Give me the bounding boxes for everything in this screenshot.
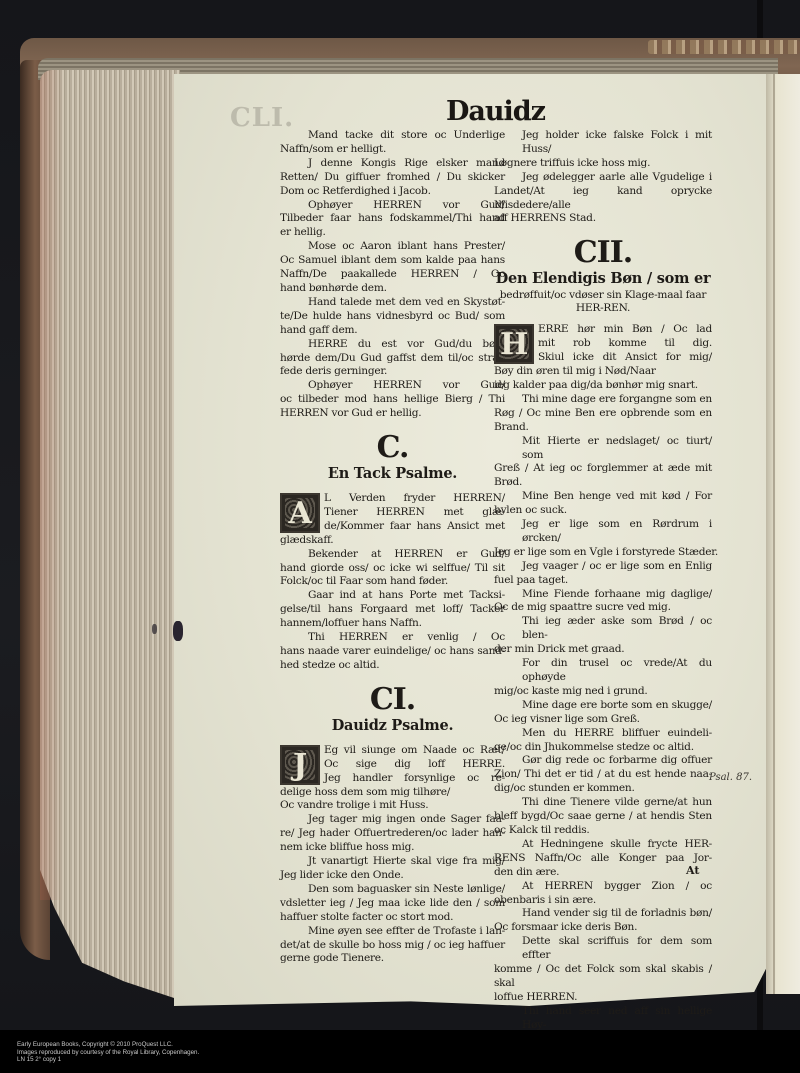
text-line: Løgnere triffuis icke hoss mig. [494, 157, 712, 171]
psalm-101-number: CI. [280, 685, 505, 715]
decorated-initial-icon: J [280, 745, 320, 785]
verse-paragraph: Gør dig rede oc forbarme dig offuerZion/… [494, 754, 712, 796]
text-line: Oc Samuel iblant dem som kalde paa hans [280, 254, 505, 268]
text-line: Ophøyer HERREN vor Gud/ [280, 379, 505, 393]
verse-paragraph: Thi mine dage ere forgangne som enRøg / … [494, 393, 712, 435]
text-line: HERREN vor Gud er hellig. [280, 407, 505, 421]
ink-stain [173, 621, 183, 641]
text-line: Greß / At ieg oc forglemmer at æde mit [494, 462, 712, 476]
text-line: RENS Naffn/Oc alle Konger paa Jor- [494, 852, 712, 866]
footer-courtesy: Images reproduced by courtesy of the Roy… [0, 1049, 800, 1057]
verse-paragraph: Thi ieg æder aske som Brød / oc blen-der… [494, 615, 712, 657]
text-line: den din ære. [494, 866, 712, 880]
psalm-102-subtitle: bedrøffuit/oc vdøser sin Klage-maal faar… [494, 289, 712, 315]
text-line: Hand talede met dem ved en Skystøt- [280, 296, 505, 310]
left-column: Mand tacke dit store oc UnderligeNaffn/s… [280, 129, 505, 966]
text-line: gerne gode Tienere. [280, 952, 505, 966]
verse-paragraph: Mit Hierte er nedslaget/ oc tiurt/ somGr… [494, 435, 712, 491]
psalm-102-number: CII. [494, 238, 712, 268]
text-line: hannem/loffuer hans Naffn. [280, 617, 505, 631]
text-line: hans naade varer euindelige/ oc hans san… [280, 645, 505, 659]
verse-paragraph: Jeg ødelegger aarle alle Vgudelige iLand… [494, 171, 712, 227]
text-line: Gør dig rede oc forbarme dig offuer [494, 754, 712, 768]
verse-paragraph: HERRE du est vor Gud/du bøn-hørde dem/Du… [280, 338, 505, 380]
verse-paragraph: Dette skal scriffuis for dem som effterk… [494, 935, 712, 1005]
decorated-initial-icon: H [494, 324, 534, 364]
text-line: Dom oc Retferdighed i Jacob. [280, 185, 505, 199]
verse-paragraph: Jeg tager mig ingen onde Sager faa-re/ J… [280, 813, 505, 855]
verse-paragraph: Men du HERRE bliffuer euindeli-ge/oc din… [494, 727, 712, 755]
text-line: Mose oc Aaron iblant hans Prester/ [280, 240, 505, 254]
psalm-102-opening: H ERRE hør min Bøn / Oc ladmit rob komme… [494, 323, 712, 379]
text-line: vdsletter ieg / Jeg maa icke lide den / … [280, 897, 505, 911]
text-line: REN. [603, 302, 630, 314]
text-line: Oc vandre trolige i mit Huss. [280, 799, 505, 813]
right-continuation: Jeg holder icke falske Folck i mit Huss/… [494, 129, 712, 226]
verse-paragraph: Bekender at HERREN er Gud/hand giorde os… [280, 548, 505, 590]
text-line: Jeg tager mig ingen onde Sager faa- [280, 813, 505, 827]
psalm-101-verses: Oc vandre trolige i mit Huss.Jeg tager m… [280, 799, 505, 966]
verse-paragraph: Jt vanartigt Hierte skal vige fra mig/Je… [280, 855, 505, 883]
psalm-100-verses: Bekender at HERREN er Gud/hand giorde os… [280, 548, 505, 673]
text-line: HERRE du est vor Gud/du bøn- [280, 338, 505, 352]
text-line: oc tilbeder mod hans hellige Bierg / Thi [280, 393, 505, 407]
text-line: hed stedze oc altid. [280, 659, 505, 673]
text-line: Brød. [494, 476, 712, 490]
text-line: re/ Jeg hader Offuertrederen/oc lader ha… [280, 827, 505, 841]
text-line: For din trusel oc vrede/At du ophøyde [494, 657, 712, 685]
text-line: Mine Ben henge ved mit kød / For [494, 490, 712, 504]
text-line: Men du HERRE bliffuer euindeli- [494, 727, 712, 741]
verse-paragraph: Hand talede met dem ved en Skystøt-te/De… [280, 296, 505, 338]
text-line: Retten/ Du giffuer fromhed / Du skicker [280, 171, 505, 185]
text-line: Bekender at HERREN er Gud/ [280, 548, 505, 562]
facing-page-gutter [766, 74, 800, 994]
verse-paragraph: J denne Kongis Rige elsker mandRetten/ D… [280, 157, 505, 199]
verse-paragraph: At Hedningene skulle frycte HER-RENS Naf… [494, 838, 712, 880]
text-line: Zion/ Thi det er tid / at du est hende n… [494, 768, 712, 782]
text-line: Landet/At ieg kand oprycke Misdedere/all… [494, 185, 712, 213]
text-line: Gaar ind at hans Porte met Tacksi- [280, 589, 505, 603]
psalm-100-number: C. [280, 433, 505, 463]
psalm-102-title: Den Elendigis Bøn / som er [494, 270, 712, 288]
text-line: hørde dem/Du Gud gaffst dem til/oc straf… [280, 352, 505, 366]
footer-copyright: Early European Books, Copyright © 2010 P… [0, 1041, 800, 1049]
verse-paragraph: For din trusel oc vrede/At du ophøydemig… [494, 657, 712, 699]
text-line: Oc ieg visner lige som Greß. [494, 713, 712, 727]
text-line: Jeg lider icke den Onde. [280, 869, 505, 883]
text-line: ieg kalder paa dig/da bønhør mig snart. [494, 379, 712, 393]
verse-paragraph: Jeg er lige som en Rørdrum i ørcken/Jeg … [494, 518, 712, 560]
text-line: hand gaff dem. [280, 324, 505, 338]
footer-shelfmark: LN 15 2° copy 1 [0, 1056, 800, 1064]
text-line: At Hedningene skulle frycte HER- [494, 838, 712, 852]
psalm-100-title: En Tack Psalme. [280, 465, 505, 483]
text-line: bleff bygd/Oc saae gerne / at hendis Ste… [494, 810, 712, 824]
verse-paragraph: Oc vandre trolige i mit Huss. [280, 799, 505, 813]
copyright-footer: Early European Books, Copyright © 2010 P… [0, 1030, 800, 1073]
text-line: nem icke bliffue hoss mig. [280, 841, 505, 855]
text-line: fuel paa taget. [494, 574, 712, 588]
text-line: Thi hand seer ned aff sin hellige Høy- [494, 1005, 712, 1033]
text-line: Dette skal scriffuis for dem som effter [494, 935, 712, 963]
text-line: fede deris gerninger. [280, 365, 505, 379]
text-line: Jeg holder icke falske Folck i mit Huss/ [494, 129, 712, 157]
text-line: det/at de skulle bo hoss mig / oc ieg ha… [280, 939, 505, 953]
text-line: Ophøyer HERREN vor Gud/ [280, 199, 505, 213]
text-line: Mine Fiende forhaane mig daglige/ [494, 588, 712, 602]
text-line: Jeg er lige som en Vgle i forstyrede Stæ… [494, 546, 712, 560]
verse-paragraph: Den som baguasker sin Neste lønlige/vdsl… [280, 883, 505, 925]
verse-paragraph: Mine øyen see effter de Trofaste i lan-d… [280, 925, 505, 967]
text-line: Thi HERREN er venlig / Oc [280, 631, 505, 645]
cover-ornament [648, 40, 800, 54]
psalm-100-opening: A L Verden fryder HERREN/Tiener HERREN m… [280, 492, 505, 548]
verse-paragraph: Thi HERREN er venlig / Ochans naade vare… [280, 631, 505, 673]
text-line: delige hoss dem som mig tilhøre/ [280, 786, 505, 800]
verse-paragraph: ieg kalder paa dig/da bønhør mig snart. [494, 379, 712, 393]
text-line: Mand tacke dit store oc Underlige [280, 129, 505, 143]
text-line: Brand. [494, 421, 712, 435]
psalm-101-opening: J Eg vil siunge om Naade oc Ræt/Oc sige … [280, 744, 505, 800]
text-line: Thi dine Tienere vilde gerne/at hun [494, 796, 712, 810]
text-line: ge/oc din Jhukommelse stedze oc altid. [494, 741, 712, 755]
verse-paragraph: At HERREN bygger Zion / ocobenbaris i si… [494, 880, 712, 908]
text-line: komme / Oc det Folck som skal skabis / s… [494, 963, 712, 991]
text-line: Tilbeder faar hans fodskammel/Thi hand [280, 212, 505, 226]
text-line: Jt vanartigt Hierte skal vige fra mig/ [280, 855, 505, 869]
text-line: Jeg vaager / oc er lige som en Enlig [494, 560, 712, 574]
text-line: bedrøffuit/oc vdøser sin Klage- [500, 289, 658, 301]
text-line: hand giorde oss/ oc icke wi selffue/ Til… [280, 562, 505, 576]
verse-paragraph: Mine Ben henge ved mit kød / Forhylen oc… [494, 490, 712, 518]
text-line: aff HERRENS Stad. [494, 212, 712, 226]
text-line: Naffn/som er helligt. [280, 143, 505, 157]
ink-stain-small [152, 624, 157, 634]
gutter-line [773, 74, 775, 994]
psalm-101-title: Dauidz Psalme. [280, 717, 505, 735]
decorated-initial-icon: A [280, 493, 320, 533]
text-line: Den som baguasker sin Neste lønlige/ [280, 883, 505, 897]
text-line: haffuer stolte facter oc stort mod. [280, 911, 505, 925]
verse-paragraph: Jeg holder icke falske Folck i mit Huss/… [494, 129, 712, 171]
text-line: Thi ieg æder aske som Brød / oc blen- [494, 615, 712, 643]
text-line: hand bønhørde dem. [280, 282, 505, 296]
verse-paragraph: Mine Fiende forhaane mig daglige/Oc de m… [494, 588, 712, 616]
page-edge-shade [40, 70, 64, 900]
verse-paragraph: Jeg vaager / oc er lige som en Enligfuel… [494, 560, 712, 588]
text-line: te/De hulde hans vidnesbyrd oc Bud/ som [280, 310, 505, 324]
text-line: mig/oc kaste mig ned i grund. [494, 685, 712, 699]
verse-paragraph: Ophøyer HERREN vor Gud/oc tilbeder mod h… [280, 379, 505, 421]
text-line: Mine dage ere borte som en skugge/ [494, 699, 712, 713]
text-line: obenbaris i sin ære. [494, 894, 712, 908]
verse-paragraph: Gaar ind at hans Porte met Tacksi-gelse/… [280, 589, 505, 631]
text-line: hylen oc suck. [494, 504, 712, 518]
verse-paragraph: Thi dine Tienere vilde gerne/at hunbleff… [494, 796, 712, 838]
verse-paragraph: Ophøyer HERREN vor Gud/Tilbeder faar han… [280, 199, 505, 241]
verse-paragraph: Mand tacke dit store oc UnderligeNaffn/s… [280, 129, 505, 157]
text-line: oc Kalck til reddis. [494, 824, 712, 838]
text-line: Mine øyen see effter de Trofaste i lan- [280, 925, 505, 939]
verse-paragraph: Hand vender sig til de forladnis bøn/Oc … [494, 907, 712, 935]
text-line: Bøy din øren til mig i Nød/Naar [494, 365, 712, 379]
psalm-102-verses: ieg kalder paa dig/da bønhør mig snart.T… [494, 379, 712, 1060]
text-line: er hellig. [280, 226, 505, 240]
text-line: der min Drick met graad. [494, 643, 712, 657]
text-line: Oc de mig spaattre sucre ved mig. [494, 601, 712, 615]
right-column: Jeg holder icke falske Folck i mit Huss/… [494, 129, 712, 1060]
text-line: Mit Hierte er nedslaget/ oc tiurt/ som [494, 435, 712, 463]
text-line: Jeg er lige som en Rørdrum i ørcken/ [494, 518, 712, 546]
text-line: J denne Kongis Rige elsker mand [280, 157, 505, 171]
text-line: Jeg ødelegger aarle alle Vgudelige i [494, 171, 712, 185]
catchword: At [686, 864, 699, 877]
text-line: Folck/oc til Faar som hand føder. [280, 575, 505, 589]
text-line: Hand vender sig til de forladnis bøn/ [494, 907, 712, 921]
text-line: Oc forsmaar icke deris Bøn. [494, 921, 712, 935]
left-continuation: Mand tacke dit store oc UnderligeNaffn/s… [280, 129, 505, 421]
verse-paragraph: Mine dage ere borte som en skugge/Oc ieg… [494, 699, 712, 727]
text-line: gelse/til hans Forgaard met loff/ Tacker [280, 603, 505, 617]
text-line: At HERREN bygger Zion / oc [494, 880, 712, 894]
text-line: loffue HERREN. [494, 991, 712, 1005]
running-head: Dauidz [446, 96, 545, 127]
text-line: glædskaff. [280, 534, 505, 548]
text-line: Naffn/De paakallede HERREN / Oc [280, 268, 505, 282]
text-line: dig/oc stunden er kommen. [494, 782, 712, 796]
text-line: Thi mine dage ere forgangne som en [494, 393, 712, 407]
margin-reference: Psal. 87. [709, 772, 752, 783]
text-line: Røg / Oc mine Ben ere opbrende som en [494, 407, 712, 421]
verse-paragraph: Mose oc Aaron iblant hans Prester/Oc Sam… [280, 240, 505, 296]
